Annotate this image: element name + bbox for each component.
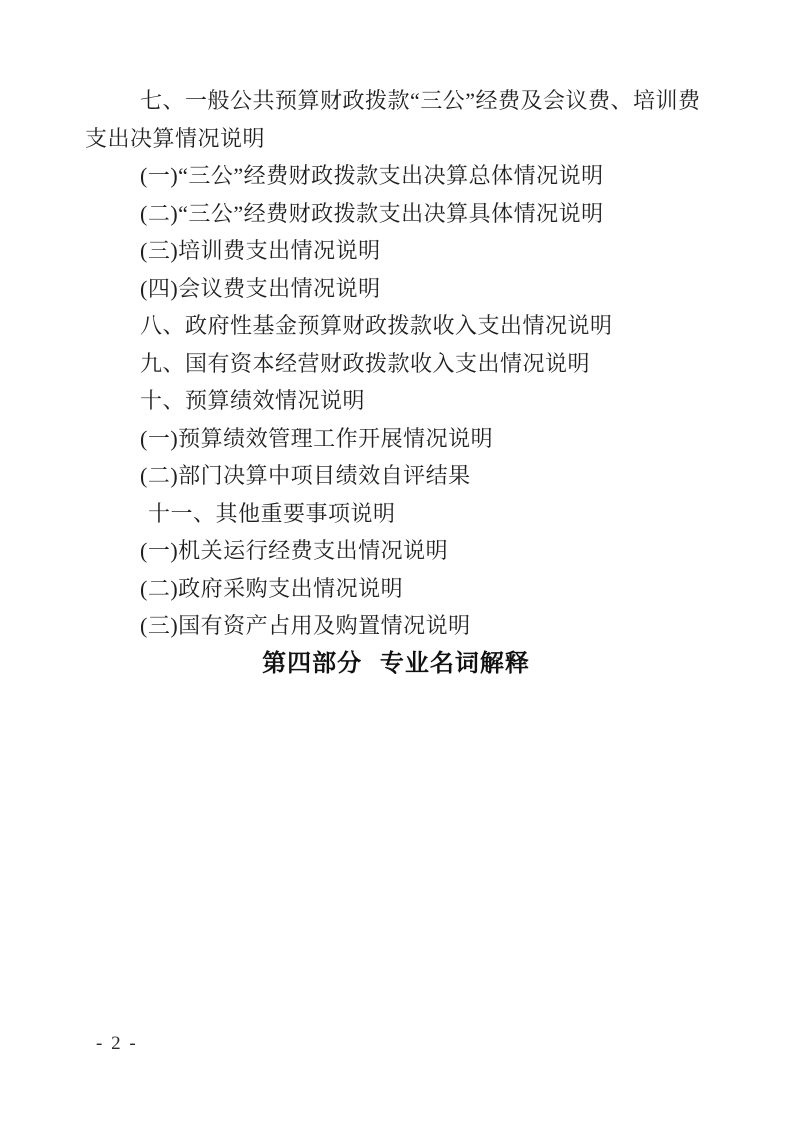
toc-line: 八、政府性基金预算财政拨款收入支出情况说明	[85, 307, 739, 345]
toc-line: (二)“三公”经费财政拨款支出决算具体情况说明	[85, 195, 739, 233]
page-number: - 2 -	[96, 1032, 138, 1056]
toc-line: 七、一般公共预算财政拨款“三公”经费及会议费、培训费	[85, 82, 739, 120]
toc-line: (四)会议费支出情况说明	[85, 270, 739, 308]
toc-line: 十一、其他重要事项说明	[85, 495, 739, 533]
toc-line: (二)部门决算中项目绩效自评结果	[85, 457, 739, 495]
toc-line: 十、预算绩效情况说明	[85, 382, 739, 420]
toc-line: (一)机关运行经费支出情况说明	[85, 532, 739, 570]
toc-line: (三)培训费支出情况说明	[85, 232, 739, 270]
toc-content: 七、一般公共预算财政拨款“三公”经费及会议费、培训费 支出决算情况说明 (一)“…	[85, 82, 739, 682]
toc-line: 支出决算情况说明	[85, 120, 739, 158]
document-page: 七、一般公共预算财政拨款“三公”经费及会议费、培训费 支出决算情况说明 (一)“…	[0, 0, 793, 1122]
toc-line: (二)政府采购支出情况说明	[85, 570, 739, 608]
toc-line: 九、国有资本经营财政拨款收入支出情况说明	[85, 345, 739, 383]
toc-line: (一)“三公”经费财政拨款支出决算总体情况说明	[85, 157, 739, 195]
toc-line: (三)国有资产占用及购置情况说明	[85, 607, 739, 645]
toc-line: (一)预算绩效管理工作开展情况说明	[85, 420, 739, 458]
section-heading: 第四部分 专业名词解释	[69, 645, 723, 683]
